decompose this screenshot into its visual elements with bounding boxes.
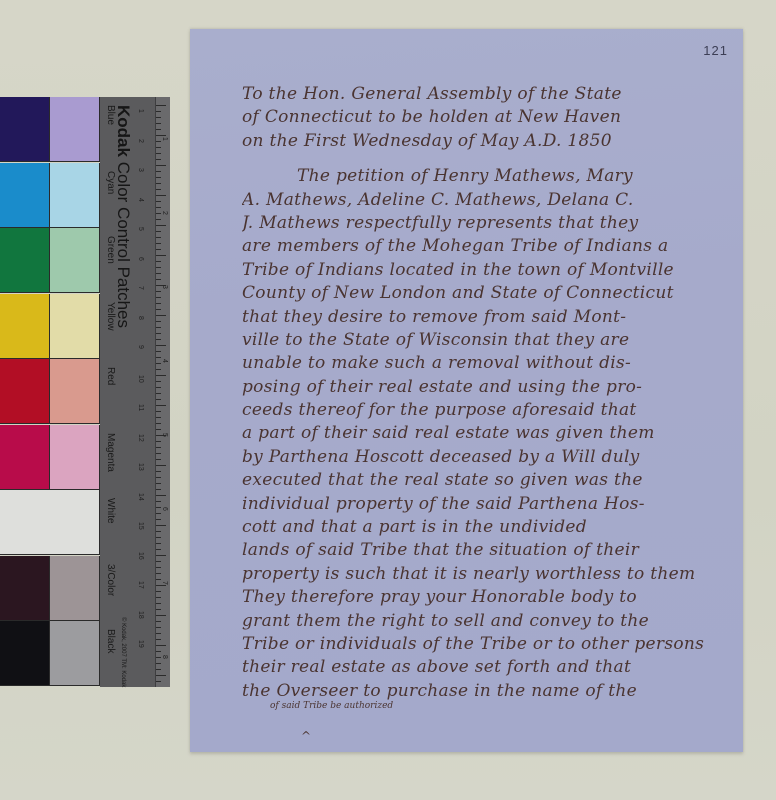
ruler-cm-label: 11 bbox=[137, 404, 144, 411]
ruler-tick bbox=[156, 219, 161, 220]
ruler-cm-label: 9 bbox=[137, 345, 144, 349]
manuscript-line: the Overseer to purchase in the name of … bbox=[242, 680, 732, 703]
ruler-tick bbox=[156, 663, 161, 664]
manuscript-line: ceeds thereof for the purpose aforesaid … bbox=[242, 399, 732, 422]
patch-label: Yellow bbox=[105, 302, 116, 331]
ruler-inch-label: 8 bbox=[161, 655, 168, 659]
color-patch-row bbox=[0, 163, 100, 228]
ruler-tick bbox=[156, 261, 161, 262]
patch-label: White bbox=[105, 498, 116, 524]
ruler-tick bbox=[156, 417, 161, 418]
color-patch-light bbox=[50, 621, 100, 686]
color-card-title: Kodak Color Control Patches bbox=[113, 105, 133, 405]
ruler-tick bbox=[156, 555, 166, 556]
ruler-tick bbox=[156, 189, 161, 190]
manuscript-line: of Connecticut to be holden at New Haven bbox=[242, 106, 732, 129]
manuscript-line: executed that the real state so given wa… bbox=[242, 469, 732, 492]
ruler-tick bbox=[156, 561, 161, 562]
ruler-tick bbox=[156, 531, 161, 532]
ruler-tick bbox=[156, 135, 166, 136]
ruler-tick bbox=[156, 171, 161, 172]
ruler-tick bbox=[156, 243, 161, 244]
ruler-tick bbox=[156, 351, 161, 352]
ruler-tick bbox=[156, 177, 161, 178]
ruler-tick bbox=[156, 585, 166, 586]
ruler-tick bbox=[156, 381, 161, 382]
ruler-tick bbox=[156, 393, 161, 394]
ruler-tick bbox=[156, 273, 161, 274]
ruler-tick bbox=[156, 549, 161, 550]
manuscript-line: cott and that a part is in the undivided bbox=[242, 516, 732, 539]
ruler-cm-label: 4 bbox=[137, 198, 144, 202]
ruler-tick bbox=[156, 573, 161, 574]
color-patch-dark bbox=[0, 425, 50, 490]
color-patch-row bbox=[0, 294, 100, 359]
color-patch-dark bbox=[0, 163, 50, 228]
ruler-tick bbox=[156, 537, 161, 538]
ruler-cm-label: 19 bbox=[137, 640, 144, 648]
manuscript-line: unable to make such a removal without di… bbox=[242, 352, 732, 375]
color-patch-light bbox=[50, 228, 100, 293]
ruler-tick bbox=[156, 297, 161, 298]
ruler-tick bbox=[156, 153, 161, 154]
ruler-inch-label: 3 bbox=[161, 285, 168, 289]
ruler-cm-label: 17 bbox=[137, 581, 144, 589]
ruler-cm-label: 14 bbox=[137, 493, 144, 501]
interlinear-insertion: of said Tribe be authorized bbox=[270, 701, 393, 711]
ruler-tick bbox=[156, 609, 161, 610]
patch-label: Green bbox=[105, 236, 116, 264]
color-patch-dark bbox=[0, 556, 50, 621]
ruler-tick bbox=[156, 633, 161, 634]
ruler-tick bbox=[156, 207, 161, 208]
ruler-tick bbox=[156, 105, 166, 106]
manuscript-line: posing of their real estate and using th… bbox=[242, 376, 732, 399]
ruler-tick bbox=[156, 327, 161, 328]
ruler-tick bbox=[156, 501, 161, 502]
ruler-tick bbox=[156, 231, 161, 232]
color-patch-row bbox=[0, 621, 100, 686]
ruler-tick bbox=[156, 165, 166, 166]
color-card-copyright: © Kodak, 2007 TM: Kodak bbox=[120, 617, 126, 687]
ruler-tick bbox=[156, 597, 161, 598]
ruler-cm-label: 1 bbox=[137, 109, 144, 113]
manuscript-page: 121 To the Hon. General Assembly of the … bbox=[190, 29, 743, 752]
insertion-caret: ^ bbox=[301, 729, 311, 743]
color-patch-light bbox=[50, 97, 100, 162]
ruler-tick bbox=[156, 681, 161, 682]
ruler-tick bbox=[156, 669, 161, 670]
ruler-tick bbox=[156, 429, 161, 430]
ruler-tick bbox=[156, 645, 166, 646]
ruler-inch-label: 7 bbox=[161, 581, 168, 585]
manuscript-line: are members of the Mohegan Tribe of Indi… bbox=[242, 235, 732, 258]
ruler-tick bbox=[156, 345, 166, 346]
ruler-tick bbox=[156, 267, 161, 268]
ruler-tick bbox=[156, 459, 161, 460]
color-patch-light bbox=[50, 359, 100, 424]
ruler-tick bbox=[156, 309, 161, 310]
manuscript-line: To the Hon. General Assembly of the Stat… bbox=[242, 83, 732, 106]
ruler-tick bbox=[156, 357, 161, 358]
ruler-tick bbox=[156, 111, 161, 112]
petition-text: To the Hon. General Assembly of the Stat… bbox=[242, 83, 732, 703]
ruler-tick bbox=[156, 387, 161, 388]
ruler-tick bbox=[156, 333, 161, 334]
ruler-cm-label: 10 bbox=[137, 375, 144, 383]
ruler-tick bbox=[156, 375, 166, 376]
manuscript-line: lands of said Tribe that the situation o… bbox=[242, 539, 732, 562]
color-patch-dark bbox=[0, 359, 50, 424]
ruler-tick bbox=[156, 423, 161, 424]
ruler-tick bbox=[156, 483, 161, 484]
ruler-tick bbox=[156, 543, 161, 544]
ruler-tick bbox=[156, 639, 161, 640]
color-patch-row bbox=[0, 228, 100, 293]
ruler-cm-label: 16 bbox=[137, 552, 144, 560]
ruler-inch-label: 4 bbox=[161, 359, 168, 363]
color-patch-row bbox=[0, 97, 100, 162]
patch-label: 3/Color bbox=[105, 564, 116, 596]
ruler-tick bbox=[156, 117, 161, 118]
ruler-tick bbox=[156, 471, 161, 472]
ruler-tick bbox=[156, 369, 161, 370]
patch-label: Blue bbox=[105, 105, 116, 125]
ruler-scale bbox=[155, 97, 170, 687]
ruler-cm-label: 6 bbox=[137, 257, 144, 261]
ruler-tick bbox=[156, 477, 161, 478]
ruler-cm-label: 2 bbox=[137, 139, 144, 143]
color-patch-row bbox=[0, 359, 100, 424]
manuscript-line: a part of their said real estate was giv… bbox=[242, 422, 732, 445]
ruler-tick bbox=[156, 249, 161, 250]
manuscript-line: The petition of Henry Mathews, Mary bbox=[242, 165, 732, 188]
ruler-tick bbox=[156, 405, 166, 406]
ruler-tick bbox=[156, 411, 161, 412]
ruler-tick bbox=[156, 525, 166, 526]
ruler-tick bbox=[156, 495, 166, 496]
ruler-tick bbox=[156, 627, 161, 628]
ruler-inch-label: 1 bbox=[161, 137, 168, 141]
manuscript-line: on the First Wednesday of May A.D. 1850 bbox=[242, 130, 732, 153]
ruler-tick bbox=[156, 291, 161, 292]
page-number: 121 bbox=[703, 43, 728, 58]
ruler-cm-label: 15 bbox=[137, 522, 144, 530]
manuscript-line: County of New London and State of Connec… bbox=[242, 282, 732, 305]
ruler-tick bbox=[156, 159, 161, 160]
manuscript-line: their real estate as above set forth and… bbox=[242, 656, 732, 679]
ruler-cm-label: 13 bbox=[137, 463, 144, 471]
color-patch-dark bbox=[0, 294, 50, 359]
manuscript-line: grant them the right to sell and convey … bbox=[242, 610, 732, 633]
color-patch-white bbox=[0, 490, 100, 555]
manuscript-line: that they desire to remove from said Mon… bbox=[242, 306, 732, 329]
color-patch-row bbox=[0, 425, 100, 490]
ruler-tick bbox=[156, 621, 161, 622]
manuscript-line: Tribe or individuals of the Tribe or to … bbox=[242, 633, 732, 656]
ruler-tick bbox=[156, 447, 161, 448]
manuscript-line: Tribe of Indians located in the town of … bbox=[242, 259, 732, 282]
color-patch-light bbox=[50, 163, 100, 228]
manuscript-line: They therefore pray your Honorable body … bbox=[242, 586, 732, 609]
color-patch-light bbox=[50, 294, 100, 359]
ruler-tick bbox=[156, 141, 161, 142]
ruler-tick bbox=[156, 651, 161, 652]
ruler-cm-label: 18 bbox=[137, 611, 144, 619]
manuscript-line: J. Mathews respectfully represents that … bbox=[242, 212, 732, 235]
ruler-tick bbox=[156, 279, 161, 280]
ruler-tick bbox=[156, 303, 161, 304]
ruler-cm-label: 12 bbox=[137, 434, 144, 442]
ruler-cm-label: 3 bbox=[137, 168, 144, 172]
ruler-tick bbox=[156, 615, 166, 616]
ruler-cm-label: 8 bbox=[137, 316, 144, 320]
color-patch-dark bbox=[0, 97, 50, 162]
ruler-tick bbox=[156, 237, 161, 238]
ruler-tick bbox=[156, 225, 166, 226]
color-patch-light bbox=[50, 556, 100, 621]
ruler-inch-label: 5 bbox=[161, 433, 168, 437]
ruler-tick bbox=[156, 441, 161, 442]
color-patch-dark bbox=[0, 228, 50, 293]
ruler-tick bbox=[156, 465, 166, 466]
manuscript-line: A. Mathews, Adeline C. Mathews, Delana C… bbox=[242, 189, 732, 212]
color-patch-dark bbox=[0, 621, 50, 686]
ruler-tick bbox=[156, 321, 161, 322]
ruler-inch-label: 6 bbox=[161, 507, 168, 511]
manuscript-line: by Parthena Hoscott deceased by a Will d… bbox=[242, 446, 732, 469]
ruler-tick bbox=[156, 675, 166, 676]
ruler-tick bbox=[156, 339, 161, 340]
ruler-tick bbox=[156, 129, 161, 130]
ruler-tick bbox=[156, 399, 161, 400]
ruler-tick bbox=[156, 201, 161, 202]
ruler-tick bbox=[156, 123, 161, 124]
patch-label: Red bbox=[105, 367, 116, 385]
patch-label: Black bbox=[105, 629, 116, 653]
ruler-tick bbox=[156, 255, 166, 256]
ruler-tick bbox=[156, 489, 161, 490]
manuscript-line: property is such that it is nearly worth… bbox=[242, 563, 732, 586]
ruler-tick bbox=[156, 363, 161, 364]
ruler-cm-label: 7 bbox=[137, 286, 144, 290]
patch-label: Magenta bbox=[105, 433, 116, 472]
color-patch-row bbox=[0, 490, 100, 555]
ruler-tick bbox=[156, 519, 161, 520]
ruler-tick bbox=[156, 147, 161, 148]
ruler-tick bbox=[156, 567, 161, 568]
kodak-color-card: 1234567891011121314151617181912345678 Ko… bbox=[0, 97, 170, 687]
manuscript-line: individual property of the said Parthena… bbox=[242, 493, 732, 516]
ruler-cm-label: 5 bbox=[137, 227, 144, 231]
ruler-tick bbox=[156, 453, 161, 454]
ruler-tick bbox=[156, 513, 161, 514]
color-patch-light bbox=[50, 425, 100, 490]
ruler-tick bbox=[156, 315, 166, 316]
patch-label: Cyan bbox=[105, 171, 116, 194]
manuscript-line: ville to the State of Wisconsin that the… bbox=[242, 329, 732, 352]
ruler-tick bbox=[156, 579, 161, 580]
ruler-tick bbox=[156, 195, 166, 196]
ruler-tick bbox=[156, 591, 161, 592]
color-patch-row bbox=[0, 556, 100, 621]
ruler-inch-label: 2 bbox=[161, 211, 168, 215]
ruler-tick bbox=[156, 603, 161, 604]
ruler-tick bbox=[156, 183, 161, 184]
